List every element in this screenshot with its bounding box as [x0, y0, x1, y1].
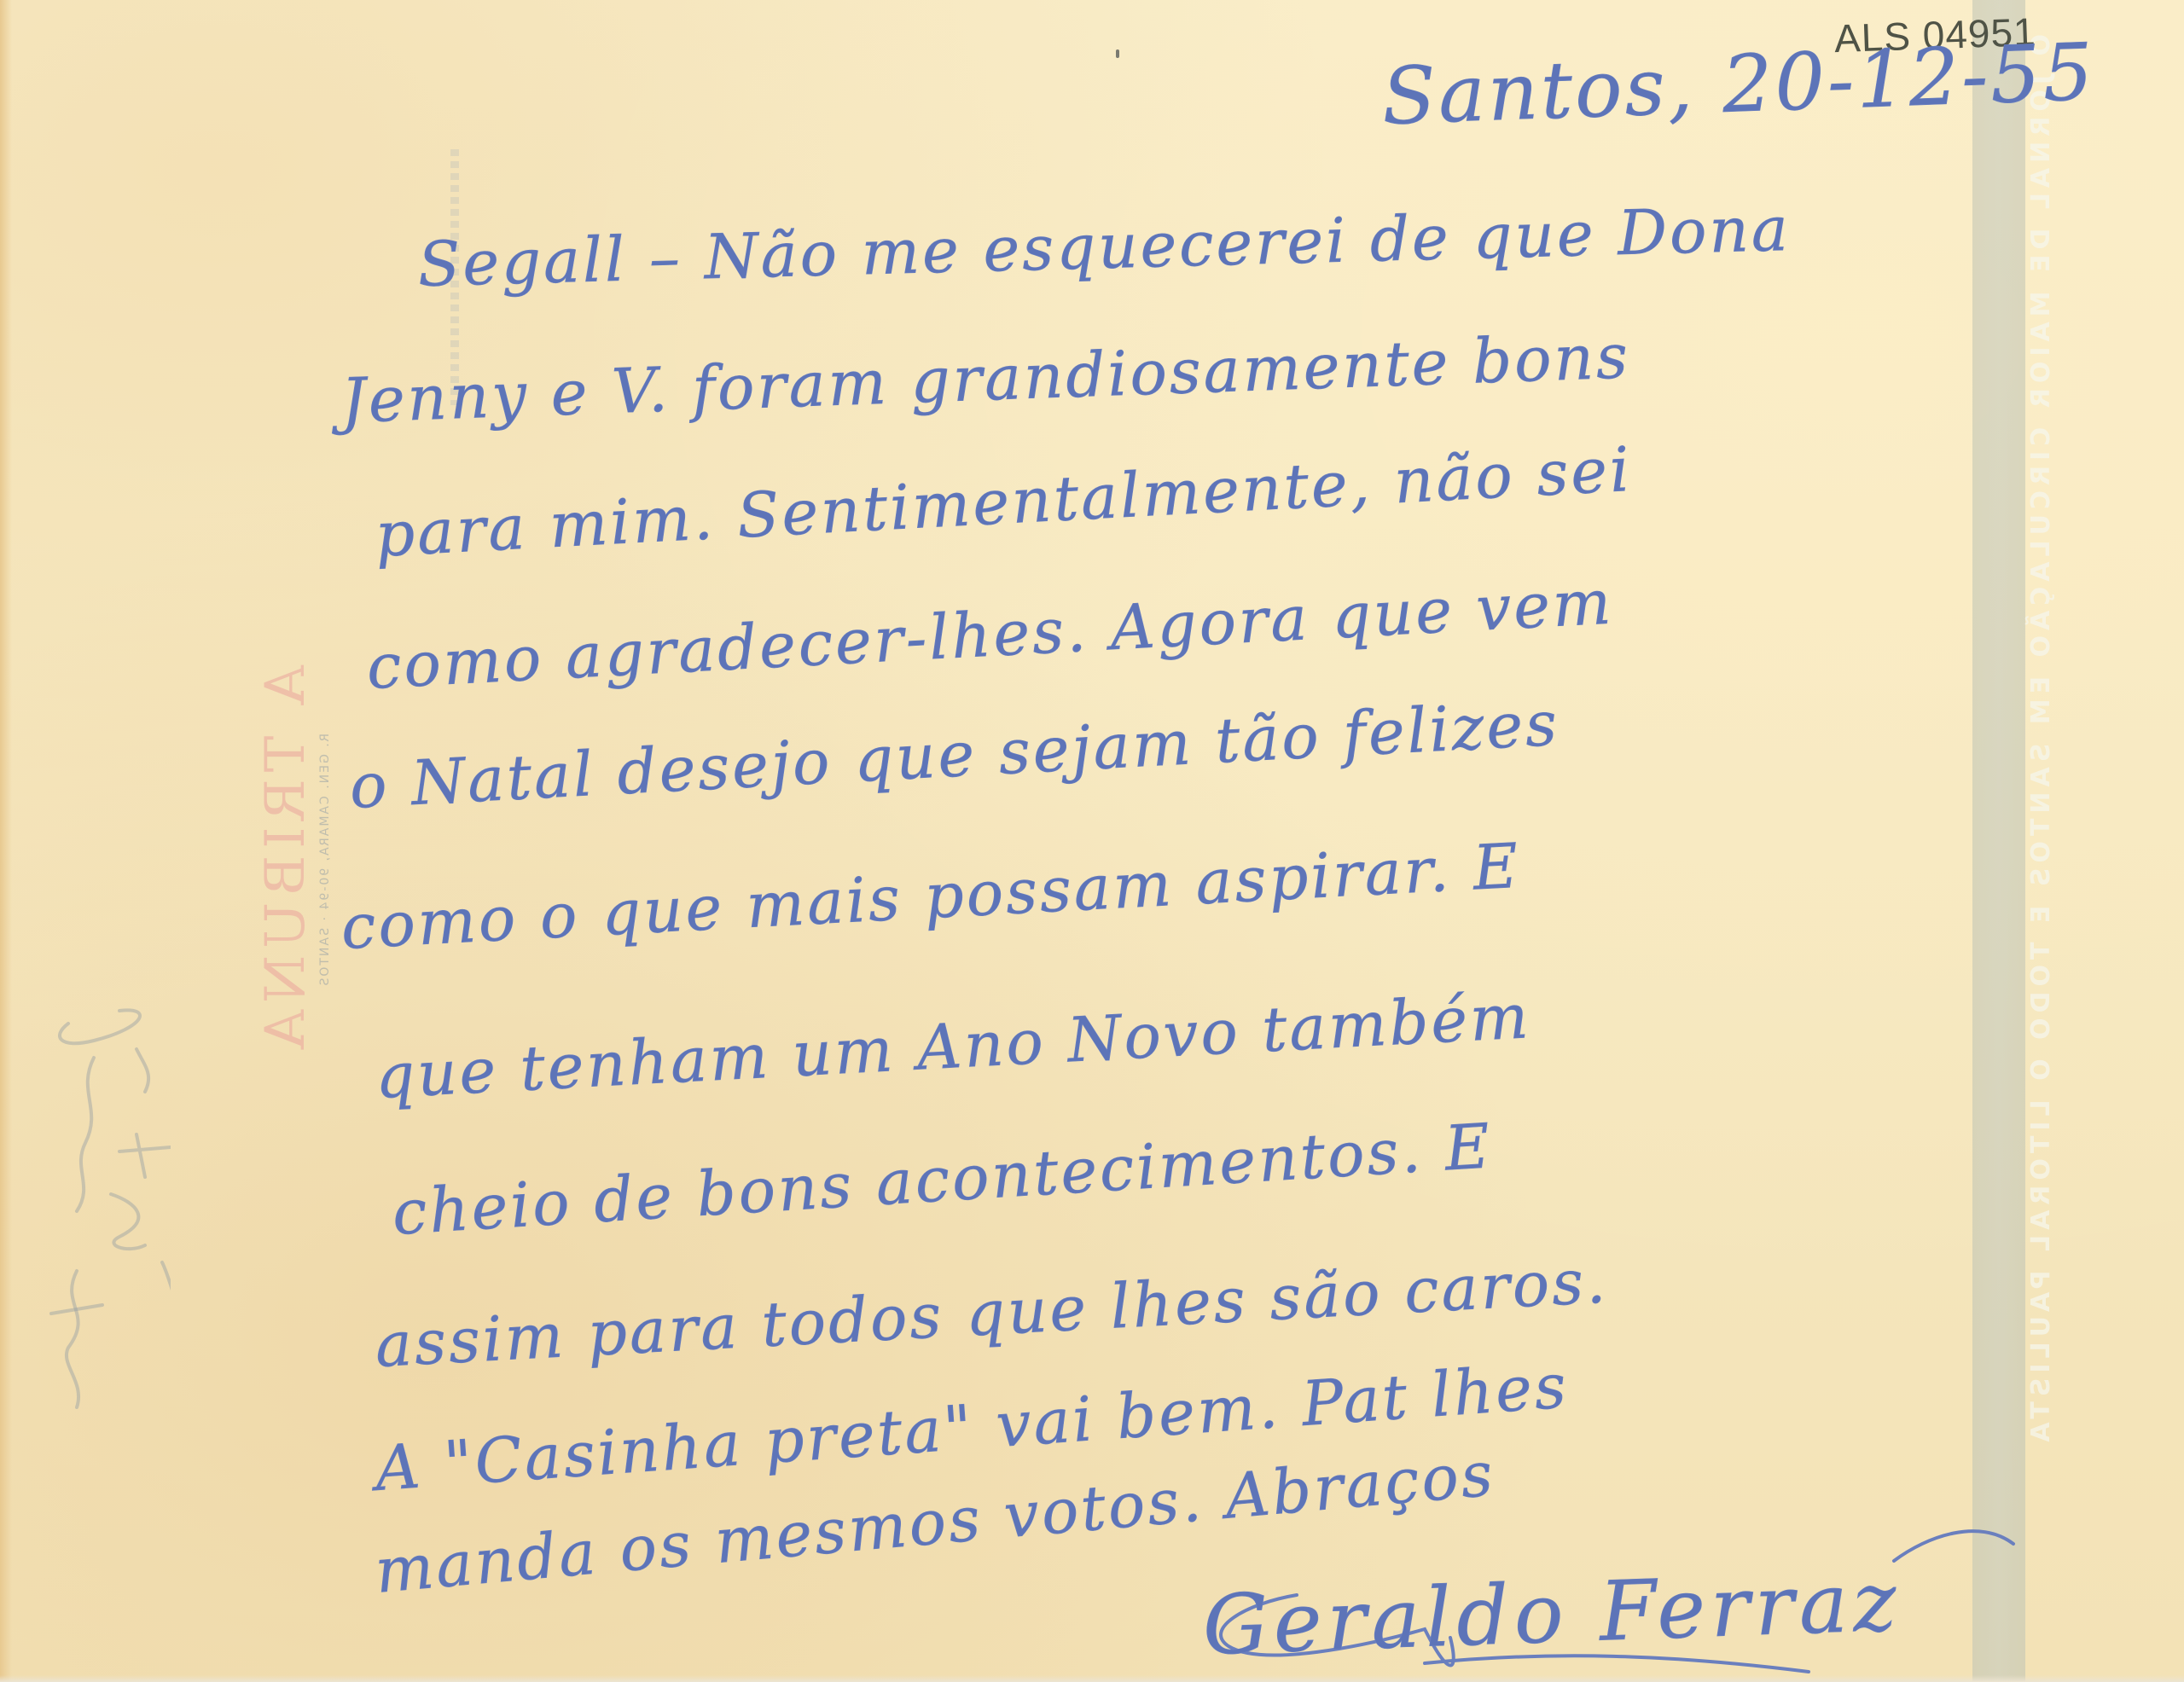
newspaper-side-strip: [1972, 0, 2025, 1682]
letter-line-1: Segall – Não me esquecerei de que Dona: [417, 193, 1792, 300]
letter-line-5: o Natal desejo que sejam tão felizes: [348, 687, 1561, 822]
pencil-margin-note: [26, 989, 171, 1433]
letterhead-masthead: A TRIBUNA: [256, 665, 316, 972]
letter-line-7: que tenham um Ano Novo também: [374, 980, 1532, 1112]
letter-line-4: como agradecer-lhes. Agora que vem: [365, 565, 1615, 702]
letter-line-8: cheio de bons acontecimentos. E: [390, 1110, 1494, 1249]
signature: Geraldo Ferraz: [1201, 1553, 1902, 1673]
letterhead-address: R. GEN. CAMARA, 90-94 · SANTOS: [316, 734, 334, 972]
letter-line-3: para mim. Sentimentalmente, não sei: [374, 433, 1634, 571]
pencil-scribble-icon: [26, 989, 171, 1433]
letter-page: O JORNAL DE MAIOR CIRCULAÇÃO EM SANTOS E…: [0, 0, 2184, 1682]
letter-line-2: Jenny e V. foram grandiosamente bons: [340, 320, 1632, 437]
ink-dot: [1116, 49, 1119, 58]
letter-line-6: como o que mais possam aspirar. E: [340, 830, 1523, 963]
side-strip-slogan: O JORNAL DE MAIOR CIRCULAÇÃO EM SANTOS E…: [2020, 34, 2063, 1646]
